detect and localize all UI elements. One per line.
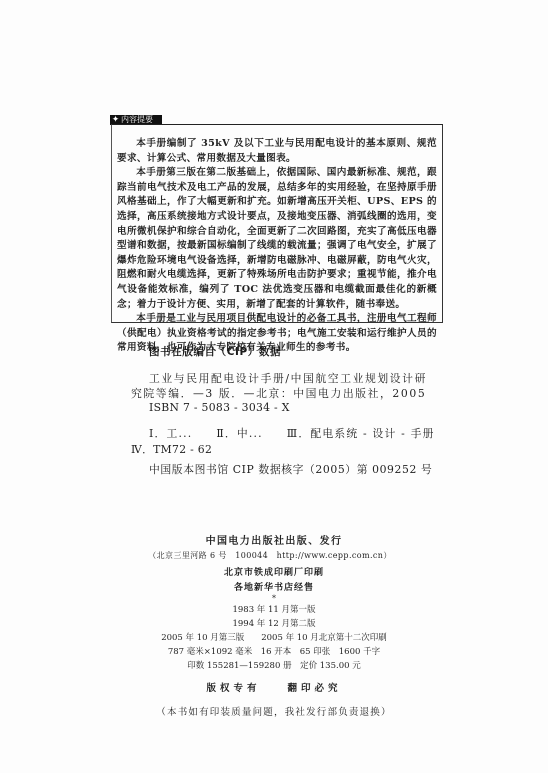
summary-paragraph-2: 本手册第三版在第二版基础上，依据国际、国内最新标准、规范，跟踪当前电气技术及电工… [117, 166, 437, 312]
cip-isbn: ISBN 7 - 5083 - 3034 - X [149, 401, 290, 414]
printer: 北京市铁成印刷厂印刷 [0, 565, 548, 578]
cip-number: 中国版本图书馆 CIP 数据核字（2005）第 009252 号 [149, 462, 432, 477]
cip-classification-line-2: Ⅳ．TM72 - 62 [131, 442, 212, 457]
cip-title-line-2: 究院等编．—3 版．—北京：中国电力出版社，2005 [131, 386, 426, 401]
publisher-address: （北京三里河路 6 号 100044 http://www.cepp.com.c… [0, 550, 544, 561]
summary-paragraph-1: 本手册编制了 35kV 及以下工业与民用配电设计的基本原则、规范要求、计算公式、… [117, 137, 437, 166]
cip-heading: 图书在版编目（CIP）数据 [149, 344, 281, 359]
cip-classification-line-1: Ⅰ．工... Ⅱ．中... Ⅲ．配电系统 - 设计 - 手册 [149, 426, 435, 441]
separator-star: * [0, 594, 548, 603]
copyright-page: ✦ 内容提要 本手册编制了 35kV 及以下工业与民用配电设计的基本原则、规范要… [0, 0, 548, 773]
format-spec: 787 毫米×1092 毫米 16 开本 65 印张 1600 千字 [0, 645, 548, 657]
print-run-price: 印数 155281—159280 册 定价 135.00 元 [0, 659, 548, 671]
cip-title-line-1: 工业与民用配电设计手册/中国航空工业规划设计研 [149, 371, 427, 386]
publisher: 中国电力出版社出版、发行 [0, 532, 548, 547]
edition-3-printing: 2005 年 10 月第三版 2005 年 10 月北京第十二次印刷 [0, 631, 548, 643]
quality-notice: （本书如有印装质量问题，我社发行部负责退换） [0, 704, 548, 718]
summary-text: 本手册编制了 35kV 及以下工业与民用配电设计的基本原则、规范要求、计算公式、… [117, 137, 437, 356]
rights-statement: 版权专有 翻印必究 [0, 680, 548, 694]
distributor: 各地新华书店经售 [0, 580, 548, 593]
edition-2: 1994 年 12 月第二版 [0, 617, 548, 629]
edition-1: 1983 年 11 月第一版 [0, 603, 548, 615]
